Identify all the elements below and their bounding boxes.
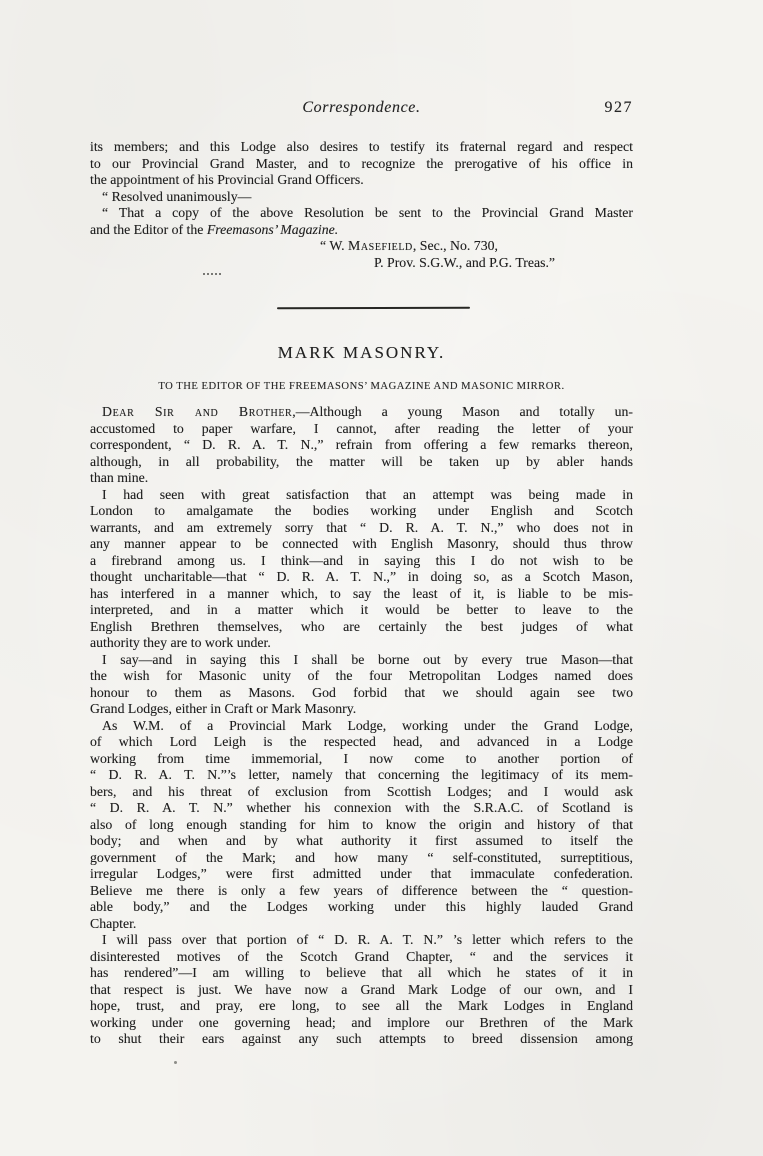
running-head: Correspondence. 927	[90, 99, 633, 119]
text-line: government of the Mark; and how many “ s…	[90, 850, 633, 867]
text-line: irregular Lodges,” were first admitted u…	[90, 866, 633, 883]
text-line: P. Prov. S.G.W., and P.G. Treas.”	[90, 255, 633, 272]
text-line: “ Resolved unanimously—	[90, 189, 633, 206]
running-head-title: Correspondence.	[302, 99, 420, 116]
text-line: that respect is just. We have now a Gran…	[90, 982, 633, 999]
text-line: Chapter.	[90, 916, 633, 933]
text-segment: Believe me there is only a few years of …	[90, 883, 633, 898]
text-segment: working under one governing head; and im…	[90, 1015, 633, 1030]
text-line: honour to them as Masons. God forbid tha…	[90, 685, 633, 702]
text-segment: irregular Lodges,” were first admitted u…	[90, 866, 633, 881]
text-segment: authority they are to work under.	[90, 635, 271, 650]
text-segment: I say—and in saying this I shall be born…	[102, 652, 633, 667]
text-segment: any manner appear to be connected with E…	[90, 536, 633, 551]
page-number: 927	[605, 99, 634, 117]
text-line: “ That a copy of the above Resolution be…	[90, 205, 633, 222]
text-segment: Chapter.	[90, 916, 136, 931]
text-line: “ W. Masefield, Sec., No. 730,	[90, 238, 633, 255]
text-segment: interpreted, and in a matter which it wo…	[90, 602, 633, 617]
text-segment: honour to them as Masons. God forbid tha…	[90, 685, 633, 700]
text-segment: P. Prov. S.G.W., and P.G. Treas.”	[374, 255, 555, 270]
text-segment: thought uncharitable—that “ D. R. A. T. …	[90, 569, 633, 584]
text-segment: “ D. R. A. T. N.”’s letter, namely that …	[90, 767, 633, 782]
text-segment: government of the Mark; and how many “ s…	[90, 850, 633, 865]
text-segment: I will pass over that portion of “ D. R.…	[102, 932, 633, 947]
text-segment: disinterested motives of the Scotch Gran…	[90, 949, 633, 964]
text-segment: able body,” and the Lodges working under…	[90, 899, 633, 914]
text-segment: warrants, and am extremely sorry that “ …	[90, 520, 633, 535]
letter-body: Dear Sir and Brother,—Although a young M…	[90, 404, 633, 1048]
text-line: English Brethren themselves, who are cer…	[90, 619, 633, 636]
text-line: correspondent, “ D. R. A. T. N.,” refrai…	[90, 437, 633, 454]
text-line: body; and when and by what authority it …	[90, 833, 633, 850]
text-segment: Grand Lodges, either in Craft or Mark Ma…	[90, 701, 356, 716]
text-line: Dear Sir and Brother,—Although a young M…	[90, 404, 633, 421]
text-line: also of long enough standing for him to …	[90, 817, 633, 834]
text-segment: bers, and his threat of exclusion from S…	[90, 784, 633, 799]
smallcaps-text: Masefield	[348, 238, 413, 253]
text-line: has interfered in a manner which, to say…	[90, 586, 633, 603]
text-segment: hope, trust, and pray, ere long, to see …	[90, 998, 633, 1013]
text-line: interpreted, and in a matter which it wo…	[90, 602, 633, 619]
text-segment: “ D. R. A. T. N.” whether his connexion …	[90, 800, 633, 815]
paragraph: I had seen with great satisfaction that …	[90, 487, 633, 652]
text-line: has rendered”—I am willing to believe th…	[90, 965, 633, 982]
text-line: authority they are to work under.	[90, 635, 633, 652]
text-segment: the wish for Masonic unity of the four M…	[90, 668, 633, 683]
paragraph: I will pass over that portion of “ D. R.…	[90, 932, 633, 1048]
text-line: working under one governing head; and im…	[90, 1015, 633, 1032]
text-line: London to amalgamate the bodies working …	[90, 503, 633, 520]
italic-text: Freemasons’ Magazine.	[207, 222, 338, 237]
section-divider-rule	[277, 307, 470, 310]
text-segment: also of long enough standing for him to …	[90, 817, 633, 832]
text-line: I had seen with great satisfaction that …	[90, 487, 633, 504]
text-line: to shut their ears against any such atte…	[90, 1031, 633, 1048]
text-segment: English Brethren themselves, who are cer…	[90, 619, 633, 634]
text-line: its members; and this Lodge also desires…	[90, 139, 633, 156]
text-line: although, in all probability, the matter…	[90, 454, 633, 471]
text-segment: London to amalgamate the bodies working …	[90, 503, 633, 518]
text-segment: “ Resolved unanimously—	[102, 189, 251, 204]
text-line: Believe me there is only a few years of …	[90, 883, 633, 900]
text-line: disinterested motives of the Scotch Gran…	[90, 949, 633, 966]
text-segment: and the Editor of the	[90, 222, 207, 237]
text-segment: has interfered in a manner which, to say…	[90, 586, 633, 601]
text-segment: As W.M. of a Provincial Mark Lodge, work…	[102, 718, 633, 733]
text-line: Grand Lodges, either in Craft or Mark Ma…	[90, 701, 633, 718]
text-segment: body; and when and by what authority it …	[90, 833, 633, 848]
text-line: I say—and in saying this I shall be born…	[90, 652, 633, 669]
text-line: the appointment of his Provincial Grand …	[90, 172, 633, 189]
text-line: to our Provincial Grand Master, and to r…	[90, 156, 633, 173]
text-line: thought uncharitable—that “ D. R. A. T. …	[90, 569, 633, 586]
text-line: warrants, and am extremely sorry that “ …	[90, 520, 633, 537]
text-line: any manner appear to be connected with E…	[90, 536, 633, 553]
text-line: I will pass over that portion of “ D. R.…	[90, 932, 633, 949]
text-segment: working from time immemorial, I now come…	[90, 751, 633, 766]
scanned-page: Correspondence. 927 its members; and thi…	[0, 0, 763, 1156]
text-line: As W.M. of a Provincial Mark Lodge, work…	[90, 718, 633, 735]
text-segment: I had seen with great satisfaction that …	[102, 487, 633, 502]
text-line: accustomed to paper warfare, I cannot, a…	[90, 421, 633, 438]
text-segment: of which Lord Leigh is the respected hea…	[90, 734, 633, 749]
text-line: than mine.	[90, 470, 633, 487]
article-subtitle-wrap: TO THE EDITOR OF THE FREEMASONS’ MAGAZIN…	[90, 376, 633, 394]
text-line: able body,” and the Lodges working under…	[90, 899, 633, 916]
paragraph: I say—and in saying this I shall be born…	[90, 652, 633, 718]
text-segment: accustomed to paper warfare, I cannot, a…	[90, 421, 633, 436]
text-line: hope, trust, and pray, ere long, to see …	[90, 998, 633, 1015]
article-subtitle: TO THE EDITOR OF THE FREEMASONS’ MAGAZIN…	[158, 381, 564, 392]
paragraph: As W.M. of a Provincial Mark Lodge, work…	[90, 718, 633, 933]
text-segment: to shut their ears against any such atte…	[90, 1031, 633, 1046]
text-line: bers, and his threat of exclusion from S…	[90, 784, 633, 801]
paragraph: Dear Sir and Brother,—Although a young M…	[90, 404, 633, 487]
text-segment: that respect is just. We have now a Gran…	[90, 982, 633, 997]
scan-artifact-speck	[174, 1061, 177, 1064]
text-segment: although, in all probability, the matter…	[90, 454, 633, 469]
text-line: and the Editor of the Freemasons’ Magazi…	[90, 222, 633, 239]
text-segment: , Sec., No. 730,	[413, 238, 498, 253]
text-segment: ,—Although a young Mason and totally un-	[292, 404, 633, 419]
text-line: working from time immemorial, I now come…	[90, 751, 633, 768]
text-segment: the appointment of his Provincial Grand …	[90, 172, 364, 187]
text-segment: than mine.	[90, 470, 148, 485]
text-line: “ D. R. A. T. N.” whether his connexion …	[90, 800, 633, 817]
smallcaps-text: Dear Sir and Brother	[102, 404, 292, 419]
text-line: “ D. R. A. T. N.”’s letter, namely that …	[90, 767, 633, 784]
text-segment: its members; and this Lodge also desires…	[90, 139, 633, 154]
scan-artifact-dash	[203, 273, 221, 275]
text-line: of which Lord Leigh is the respected hea…	[90, 734, 633, 751]
top-section: its members; and this Lodge also desires…	[90, 139, 633, 271]
text-segment: a firebrand among us. I think—and in say…	[90, 553, 633, 568]
text-segment: to our Provincial Grand Master, and to r…	[90, 156, 633, 171]
text-line: a firebrand among us. I think—and in say…	[90, 553, 633, 570]
article-title: MARK MASONRY.	[278, 343, 445, 362]
text-line: the wish for Masonic unity of the four M…	[90, 668, 633, 685]
text-segment: “ That a copy of the above Resolution be…	[102, 205, 633, 220]
text-segment: “ W.	[320, 238, 348, 253]
text-segment: correspondent, “ D. R. A. T. N.,” refrai…	[90, 437, 633, 452]
text-segment: has rendered”—I am willing to believe th…	[90, 965, 633, 980]
article-title-wrap: MARK MASONRY.	[90, 343, 633, 363]
